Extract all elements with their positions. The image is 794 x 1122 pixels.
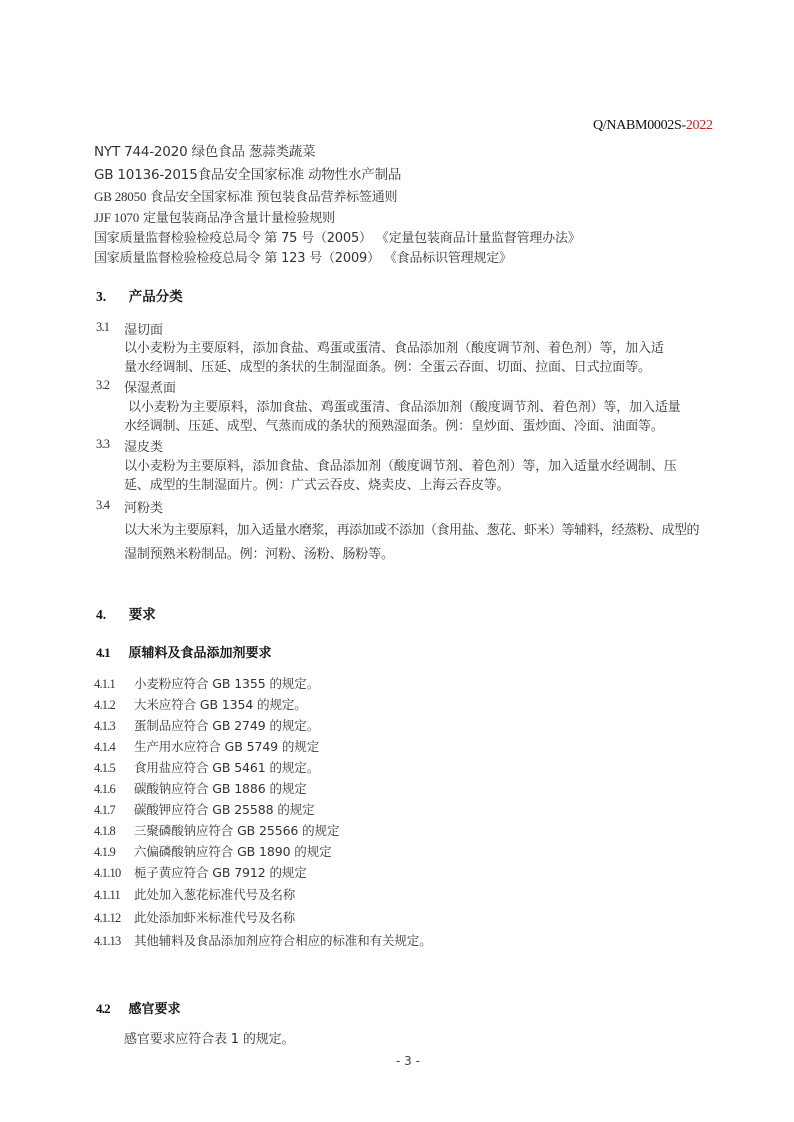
reference-code: GB 28050 [94, 189, 146, 204]
reference-code: 国家质量监督检验检疫总局令 第 123 号（2009） [94, 251, 380, 266]
document-code: Q/NABM0002S-2022 [593, 118, 713, 134]
requirement-item: 4.1.3蛋制品应符合 GB 2749 的规定。 [94, 716, 319, 734]
requirement-number: 4.1.5 [94, 761, 134, 776]
item-body-line: 延、成型的生制湿面片。例：广式云吞皮、烧卖皮、上海云吞皮等。 [124, 474, 510, 493]
requirement-text: 三聚磷酸钠应符合 GB 25566 的规定 [134, 823, 339, 838]
section-heading-4: 4. 要求 [96, 603, 156, 623]
requirement-number: 4.1.9 [94, 845, 134, 860]
reference-title: 《食品标识管理规定》 [384, 251, 512, 266]
requirement-item: 4.1.10栀子黄应符合 GB 7912 的规定 [94, 863, 307, 881]
subsection-title: 感官要求 [129, 1002, 181, 1017]
document-code-year: 2022 [686, 118, 713, 133]
requirement-item: 4.1.8三聚磷酸钠应符合 GB 25566 的规定 [94, 821, 339, 839]
requirement-text: 小麦粉应符合 GB 1355 的规定。 [134, 676, 319, 691]
reference-item: 国家质量监督检验检疫总局令 第 123 号（2009） 《食品标识管理规定》 [94, 247, 512, 266]
reference-item: GB 10136-2015食品安全国家标准 动物性水产制品 [94, 163, 401, 183]
requirement-text: 大米应符合 GB 1354 的规定。 [134, 697, 307, 712]
reference-item: 国家质量监督检验检疫总局令 第 75 号（2005） 《定量包装商品计量监督管理… [94, 227, 581, 246]
reference-title: 食品安全国家标准 动物性水产制品 [198, 167, 402, 183]
reference-title: 食品安全国家标准 预包装食品营养标签通则 [150, 190, 397, 205]
section-number: 4. [96, 607, 124, 623]
requirement-text: 蛋制品应符合 GB 2749 的规定。 [134, 718, 319, 733]
subsection-number: 4.1 [96, 645, 124, 661]
section-heading-3: 3. 产品分类 [96, 285, 183, 305]
item-body-line: 量水经调制、压延、成型的条状的生制湿面条。例：全蛋云吞面、切面、拉面、日式拉面等… [124, 356, 651, 375]
item-body-line: 水经调制、压延、成型、气蒸而成的条状的预熟湿面条。例：皇炒面、蛋炒面、冷面、油面… [124, 415, 664, 434]
item-body-line: 以大米为主要原料，加入适量水磨浆，再添加或不添加（食用盐、葱花、虾米）等辅料，经… [124, 519, 699, 538]
item-title: 湿皮类 [124, 436, 163, 455]
document-code-prefix: Q/NABM0002S- [593, 118, 686, 133]
requirement-text: 此处加入葱花标准代号及名称 [134, 887, 295, 902]
section-number: 3. [96, 289, 124, 305]
requirement-number: 4.1.4 [94, 740, 134, 755]
requirement-number: 4.1.1 [94, 677, 134, 692]
page-number: - 3 - [396, 1054, 420, 1068]
item-title: 湿切面 [124, 319, 163, 338]
requirement-text: 其他辅料及食品添加剂应符合相应的标准和有关规定。 [134, 933, 432, 948]
item-number: 3.4 [96, 498, 109, 513]
reference-item: GB 28050 食品安全国家标准 预包装食品营养标签通则 [94, 186, 397, 205]
requirement-number: 4.1.8 [94, 824, 134, 839]
requirement-item: 4.1.2大米应符合 GB 1354 的规定。 [94, 695, 307, 713]
section-title: 产品分类 [129, 289, 183, 305]
requirement-item: 4.1.5食用盐应符合 GB 5461 的规定。 [94, 758, 319, 776]
requirement-number: 4.1.10 [94, 866, 134, 881]
reference-item: JJF 1070 定量包装商品净含量计量检验规则 [94, 207, 335, 226]
requirement-item: 4.1.12此处添加虾米标准代号及名称 [94, 908, 295, 926]
requirement-number: 4.1.11 [94, 888, 134, 903]
requirement-text: 栀子黄应符合 GB 7912 的规定 [134, 865, 307, 880]
requirement-number: 4.1.7 [94, 803, 134, 818]
subsection-title: 原辅料及食品添加剂要求 [129, 646, 272, 661]
requirement-text: 食用盐应符合 GB 5461 的规定。 [134, 760, 319, 775]
requirement-text: 碳酸钠应符合 GB 1886 的规定 [134, 781, 307, 796]
requirement-item: 4.1.9六偏磷酸钠应符合 GB 1890 的规定 [94, 842, 332, 860]
item-body-line: 湿制预熟米粉制品。例：河粉、汤粉、肠粉等。 [124, 543, 394, 562]
item-body-line: 以小麦粉为主要原料，添加食盐、鸡蛋或蛋清、食品添加剂（酸度调节剂、着色剂）等，加… [124, 396, 681, 415]
subsection-heading-4-1: 4.1 原辅料及食品添加剂要求 [96, 642, 272, 661]
reference-code: 国家质量监督检验检疫总局令 第 75 号（2005） [94, 231, 372, 246]
requirement-item: 4.1.7碳酸钾应符合 GB 25588 的规定 [94, 800, 315, 818]
item-body-line: 以小麦粉为主要原料，添加食盐、鸡蛋或蛋清、食品添加剂（酸度调节剂、着色剂）等，加… [124, 337, 664, 356]
reference-title: 《定量包装商品计量监督管理办法》 [376, 231, 581, 246]
reference-code: GB 10136-2015 [94, 167, 198, 183]
requirement-item: 4.1.6碳酸钠应符合 GB 1886 的规定 [94, 779, 307, 797]
requirement-item: 4.1.1小麦粉应符合 GB 1355 的规定。 [94, 674, 319, 692]
requirement-number: 4.1.3 [94, 719, 134, 734]
reference-title: 定量包装商品净含量计量检验规则 [143, 211, 335, 226]
requirement-number: 4.1.13 [94, 934, 134, 949]
requirement-text: 生产用水应符合 GB 5749 的规定 [134, 739, 319, 754]
requirement-text: 六偏磷酸钠应符合 GB 1890 的规定 [134, 844, 332, 859]
reference-code: NYT 744-2020 [94, 144, 187, 160]
requirement-text: 碳酸钾应符合 GB 25588 的规定 [134, 802, 315, 817]
reference-item: NYT 744-2020 绿色食品 葱蒜类蔬菜 [94, 140, 315, 160]
item-body-line: 以小麦粉为主要原料，添加食盐、食品添加剂（酸度调节剂、着色剂）等，加入适量水经调… [124, 455, 677, 474]
requirement-text: 此处添加虾米标准代号及名称 [134, 910, 295, 925]
requirement-item: 4.1.4生产用水应符合 GB 5749 的规定 [94, 737, 319, 755]
item-number: 3.1 [96, 320, 109, 335]
requirement-item: 4.1.11此处加入葱花标准代号及名称 [94, 885, 295, 903]
requirement-item: 4.1.13其他辅料及食品添加剂应符合相应的标准和有关规定。 [94, 931, 432, 949]
item-number: 3.3 [96, 437, 109, 452]
subsection-number: 4.2 [96, 1001, 124, 1017]
item-number: 3.2 [96, 378, 109, 393]
subsection-heading-4-2: 4.2 感官要求 [96, 998, 181, 1017]
subsection-body: 感官要求应符合表 1 的规定。 [124, 1028, 294, 1047]
requirement-number: 4.1.2 [94, 698, 134, 713]
item-title: 保湿煮面 [124, 377, 176, 396]
requirement-number: 4.1.12 [94, 911, 134, 926]
requirement-number: 4.1.6 [94, 782, 134, 797]
reference-title: 绿色食品 葱蒜类蔬菜 [192, 144, 316, 160]
reference-code: JJF 1070 [94, 210, 139, 225]
section-title: 要求 [129, 607, 156, 623]
item-title: 河粉类 [124, 497, 163, 516]
